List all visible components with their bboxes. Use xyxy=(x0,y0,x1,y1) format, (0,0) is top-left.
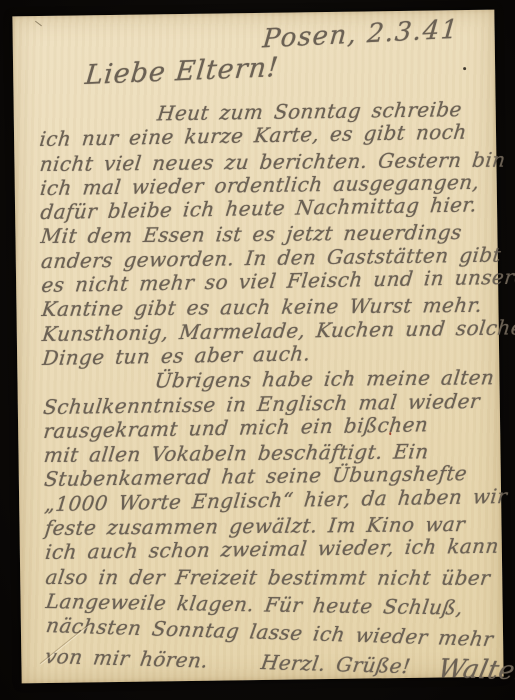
letter-paper: Posen, 2.3.41 Liebe Eltern! Heut zum Son… xyxy=(12,10,503,684)
photo-background: Posen, 2.3.41 Liebe Eltern! Heut zum Son… xyxy=(0,0,515,700)
regards: Herzl. Grüße! xyxy=(259,650,412,678)
paper-mark xyxy=(35,21,42,27)
letter-line-text: ich auch schon zweimal wieder, ich kann xyxy=(44,534,500,565)
signature: Walter. xyxy=(435,654,515,686)
dust-speck xyxy=(463,67,466,70)
letter-line: also in der Freizeit bestimmt nicht über xyxy=(44,565,494,590)
letter-line-text: also in der Freizeit bestimmt nicht über xyxy=(44,565,492,590)
closing-phrase: von mir hören. xyxy=(43,644,210,672)
ink-speck xyxy=(389,432,391,435)
letter-line-text: ich nur eine kurze Karte, es gibt noch xyxy=(38,120,468,152)
dateline: Posen, 2.3.41 xyxy=(261,15,460,55)
letter-line-text: Dinge tun es aber auch. xyxy=(41,341,311,370)
letter-line: ich nur eine kurze Karte, es gibt noch xyxy=(38,119,488,151)
letter-line: ich auch schon zweimal wieder, ich kann xyxy=(44,534,494,565)
letter-body: Heut zum Sonntag schreibe ich nur eine k… xyxy=(38,97,495,638)
salutation: Liebe Eltern! xyxy=(84,52,281,91)
